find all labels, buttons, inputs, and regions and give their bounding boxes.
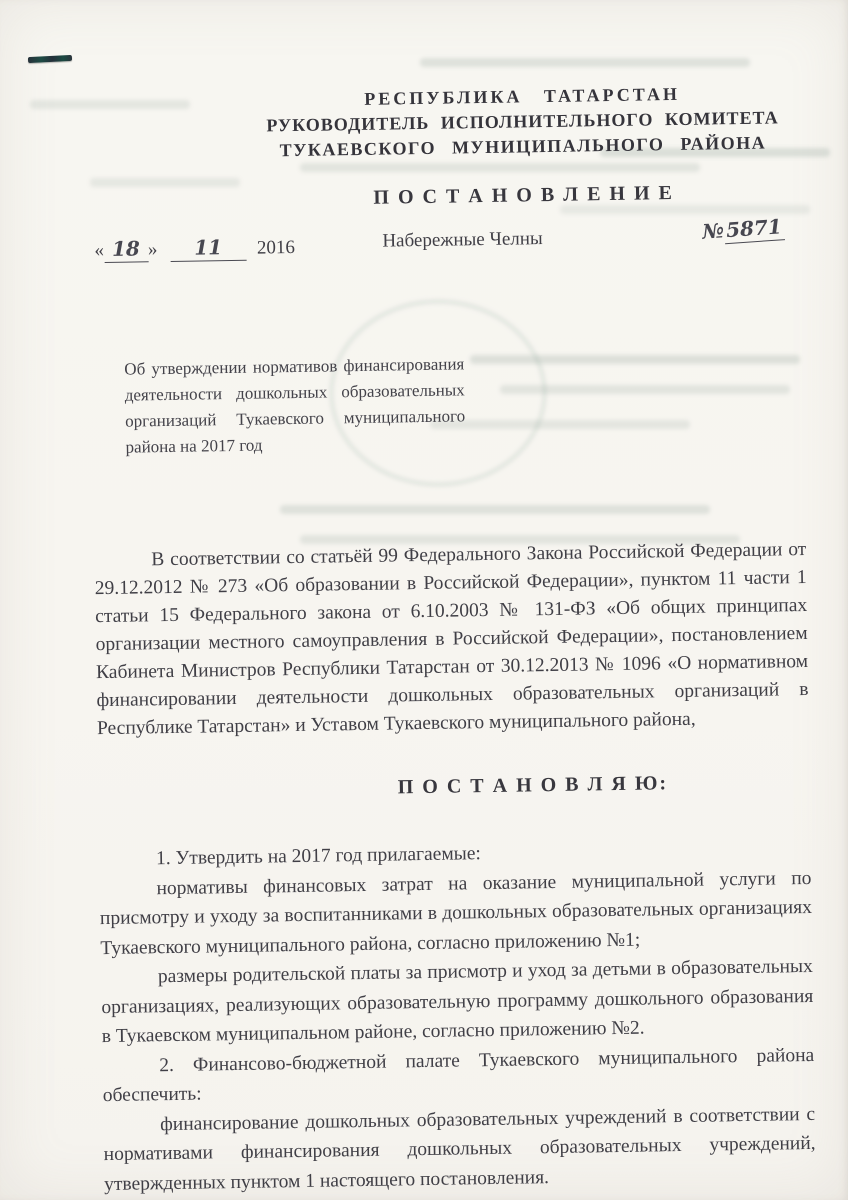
date-open-quote: « (94, 240, 104, 261)
date-year: 2016 (257, 237, 295, 259)
scanned-document-page: РЕСПУБЛИКА ТАТАРСТАН РУКОВОДИТЕЛЬ ИСПОЛН… (0, 0, 848, 1200)
date-number-row: «18» 11 2016 Набережные Челны №5871 (0, 221, 843, 268)
date-day-handwritten: 18 (104, 236, 148, 263)
city-label: Набережные Челны (382, 228, 543, 253)
date-month-handwritten: 11 (170, 235, 246, 262)
subject-block: Об утверждении нормативов финансирования… (124, 351, 466, 460)
number-sign: № (702, 218, 725, 243)
resolution-item: нормативы финансовых затрат на оказание … (99, 863, 812, 963)
date-close-quote: » (148, 239, 158, 260)
resolution-item: финансирование дошкольных образовательны… (103, 1099, 816, 1199)
resolution-item: размеры родительской платы за присмотр и… (101, 952, 814, 1052)
letterhead: РЕСПУБЛИКА ТАТАРСТАН РУКОВОДИТЕЛЬ ИСПОЛН… (222, 80, 823, 164)
resolve-heading: П О С Т А Н О В Л Я Ю: (233, 770, 833, 802)
preamble-paragraph: В соответствии со статьёй 99 Федеральног… (94, 536, 809, 743)
preamble-text: В соответствии со статьёй 99 Федеральног… (94, 536, 809, 743)
date-field: «18» 11 2016 (94, 234, 295, 263)
document-number-handwritten: 5871 (723, 214, 785, 244)
resolution-item: 2. Финансово-бюджетной палате Тукаевског… (102, 1040, 815, 1110)
resolution-items: 1. Утвердить на 2017 год прилагаемые: но… (99, 834, 816, 1199)
document-number-field: №5871 (702, 214, 785, 246)
document-content: РЕСПУБЛИКА ТАТАРСТАН РУКОВОДИТЕЛЬ ИСПОЛН… (0, 0, 848, 1200)
document-type-title: П О С Т А Н О В Л Е Н И Е (224, 180, 824, 212)
